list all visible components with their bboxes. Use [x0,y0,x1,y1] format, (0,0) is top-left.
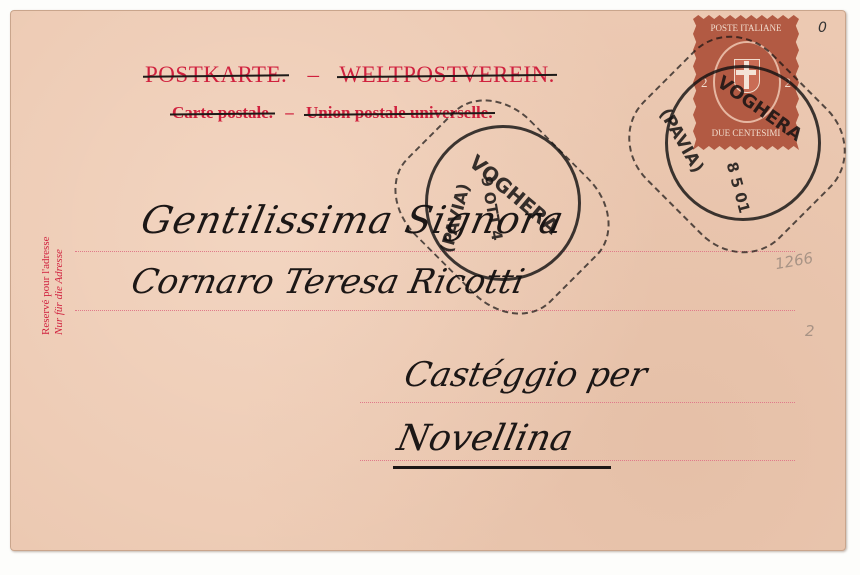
stamp-country: POSTE ITALIANE [693,23,799,33]
pencil-note-mark: 2 [805,322,815,340]
address-line-2 [75,310,795,311]
corner-mark: 0 [818,20,827,36]
header-line-1: POSTKARTE. – WELTPOSTVEREIN. [145,62,555,88]
header-weltpostverein: WELTPOSTVEREIN. [339,62,555,87]
address-side-label: Reservé pour l'adresse Nur für die Adres… [40,236,66,335]
header-postkarte: POSTKARTE. [145,62,287,87]
address-line-3 [360,402,795,403]
header-dash-2: – [285,103,294,122]
side-label-german: Nur für die Adresse [53,236,66,335]
address-line-4 [360,460,795,461]
locality-underline [393,466,611,469]
header-carte-postale: Carte postale. [172,103,273,122]
side-label-french: Reservé pour l'adresse [40,236,53,335]
address-locality: Novellina [394,418,577,459]
address-town: Castéggio per [401,355,651,395]
header-dash: – [308,62,320,87]
